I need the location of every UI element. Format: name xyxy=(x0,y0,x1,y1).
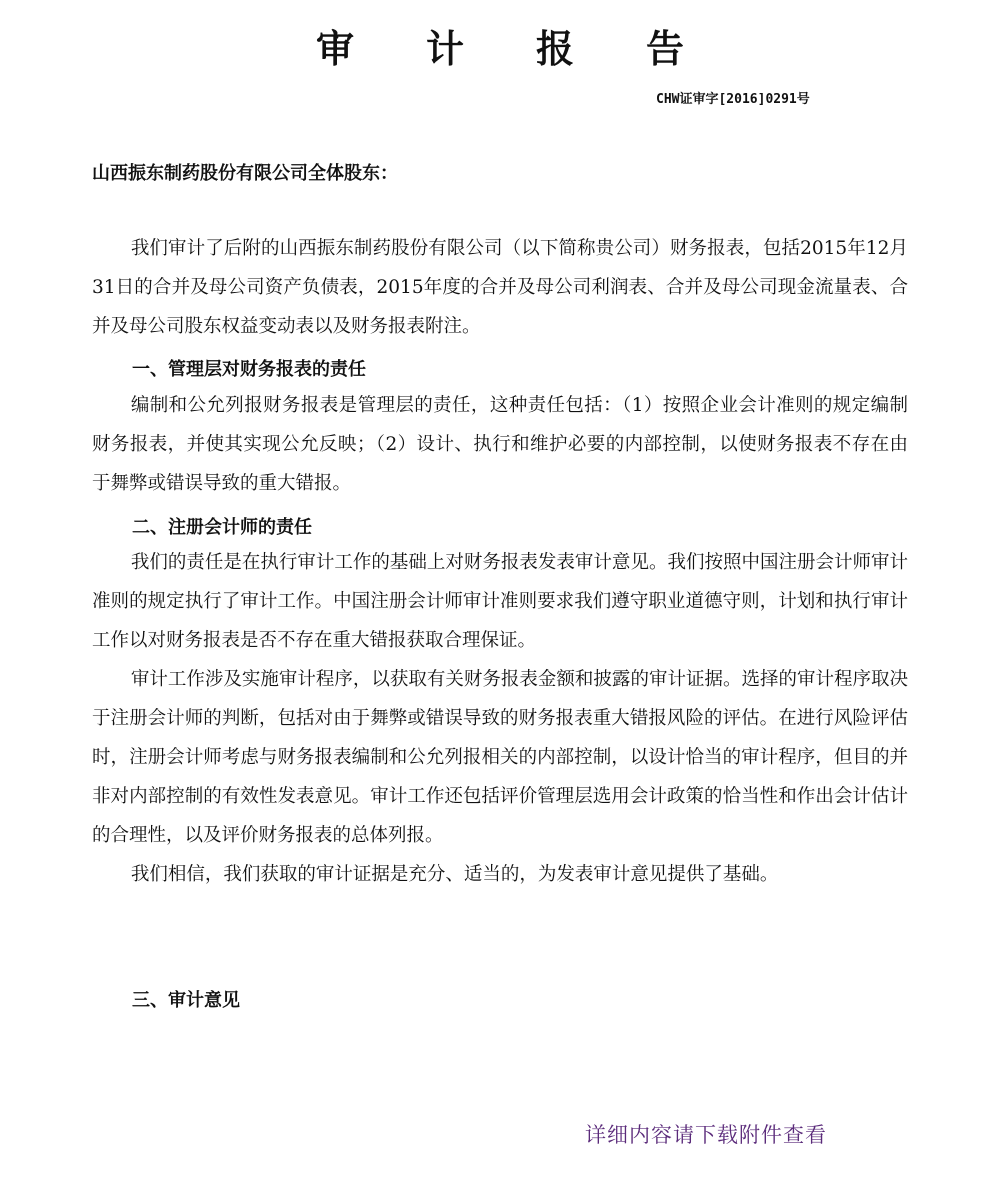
paragraph: 编制和公允列报财务报表是管理层的责任，这种责任包括：（1）按照企业会计准则的规定… xyxy=(92,386,908,503)
section-heading-management: 一、管理层对财务报表的责任 xyxy=(132,355,366,381)
addressee: 山西振东制药股份有限公司全体股东： xyxy=(92,159,398,185)
title-char: 告 xyxy=(646,18,684,73)
section-auditor-body: 我们的责任是在执行审计工作的基础上对财务报表发表审计意见。我们按照中国注册会计师… xyxy=(92,543,908,894)
section-heading-auditor: 二、注册会计师的责任 xyxy=(132,513,312,539)
section-heading-opinion: 三、审计意见 xyxy=(132,986,240,1012)
paragraph: 我们的责任是在执行审计工作的基础上对财务报表发表审计意见。我们按照中国注册会计师… xyxy=(92,543,908,660)
intro-block: 我们审计了后附的山西振东制药股份有限公司（以下简称贵公司）财务报表，包括2015… xyxy=(92,229,908,346)
document-title: 审计报告 xyxy=(0,18,1000,73)
title-char: 计 xyxy=(426,18,464,73)
paragraph: 审计工作涉及实施审计程序，以获取有关财务报表金额和披露的审计证据。选择的审计程序… xyxy=(92,660,908,855)
intro-paragraph: 我们审计了后附的山西振东制药股份有限公司（以下简称贵公司）财务报表，包括2015… xyxy=(92,229,908,346)
paragraph: 我们相信，我们获取的审计证据是充分、适当的，为发表审计意见提供了基础。 xyxy=(92,855,908,894)
download-attachment-link[interactable]: 详细内容请下载附件查看 xyxy=(585,1119,827,1149)
title-char: 报 xyxy=(536,18,574,73)
section-management-body: 编制和公允列报财务报表是管理层的责任，这种责任包括：（1）按照企业会计准则的规定… xyxy=(92,386,908,503)
title-char: 审 xyxy=(316,18,354,73)
reference-number: CHW证审字[2016]0291号 xyxy=(656,88,810,107)
